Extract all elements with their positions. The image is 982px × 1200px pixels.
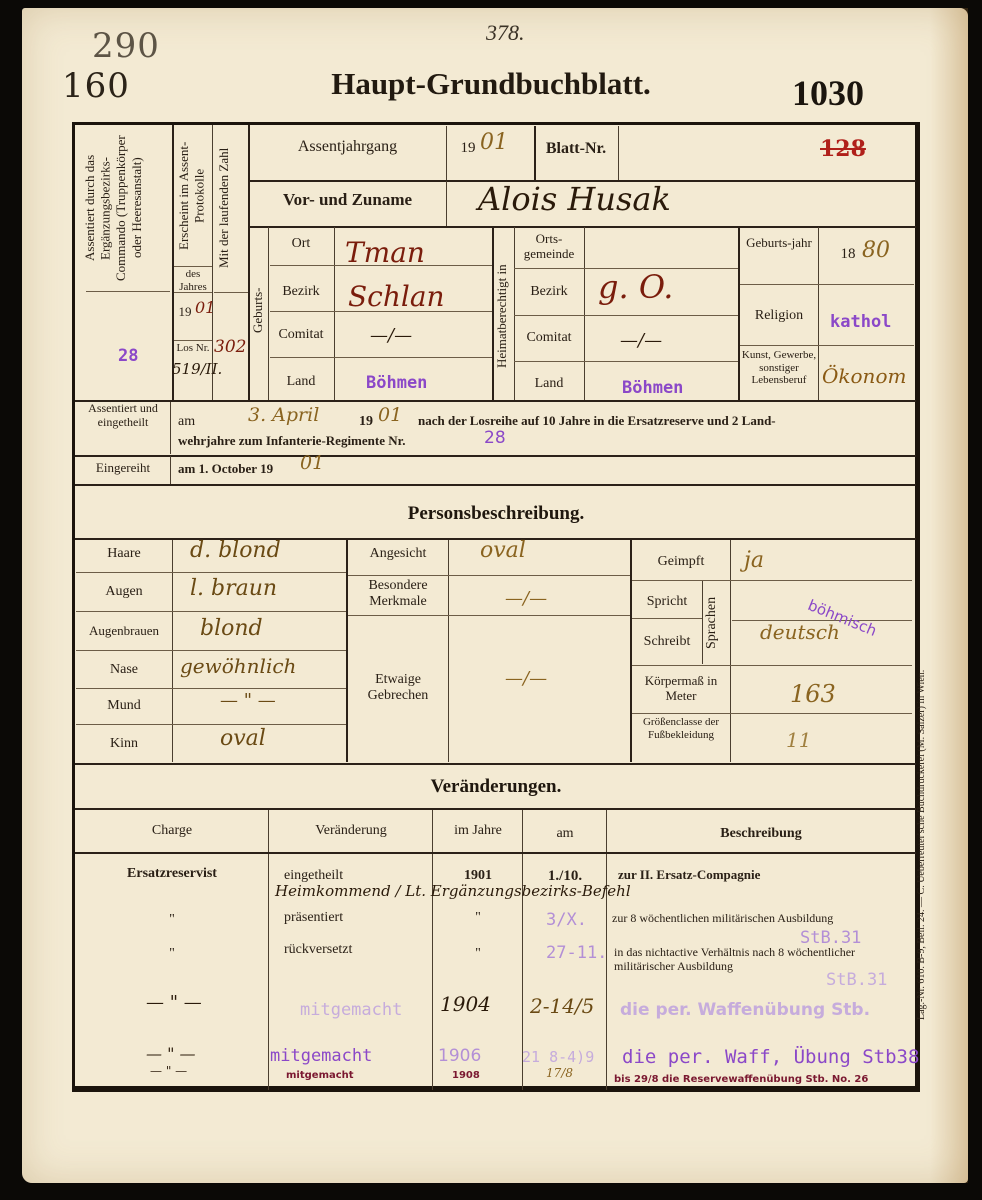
divider bbox=[214, 292, 248, 293]
divider bbox=[172, 125, 174, 400]
sprachen-label: Sprachen bbox=[704, 584, 728, 662]
spricht-label: Spricht bbox=[632, 594, 702, 610]
divider bbox=[584, 227, 585, 400]
kinn-label: Kinn bbox=[76, 736, 172, 752]
geimpft-value: ja bbox=[744, 548, 764, 573]
divider bbox=[75, 852, 916, 854]
divider bbox=[740, 284, 914, 285]
religion-label: Religion bbox=[740, 308, 818, 324]
ort-label: Ort bbox=[268, 236, 334, 252]
row5-veraenderung: mitgemacht bbox=[270, 1046, 372, 1066]
printer-imprint: Lag.-Nr. 610. B-9, Beil. 24. — C. Ueberr… bbox=[916, 600, 936, 1020]
merkmale-value: —/— bbox=[505, 588, 547, 609]
divider bbox=[172, 540, 173, 762]
divider bbox=[514, 315, 738, 316]
row3-jahr: " bbox=[434, 946, 522, 962]
divider bbox=[170, 456, 171, 484]
des-jahres-prefix: 19 bbox=[174, 305, 196, 320]
heimat-comitat-value: —/— bbox=[620, 330, 662, 351]
row2-veraenderung: präsentiert bbox=[284, 910, 424, 926]
heimat-gemeinde-value: g. O. bbox=[598, 268, 673, 306]
assentiert-text-line1: nach der Losreihe auf 10 Jahre in die Er… bbox=[418, 414, 913, 429]
divider bbox=[618, 126, 619, 180]
comitat-label: Comitat bbox=[268, 327, 334, 343]
assentiert-value: 28 bbox=[118, 346, 138, 366]
divider bbox=[75, 400, 916, 402]
divider bbox=[174, 340, 212, 341]
divider bbox=[174, 292, 212, 293]
row4-jahr: 1904 bbox=[440, 992, 491, 1016]
geburts-land-value: Böhmen bbox=[366, 373, 427, 393]
col-header-veraenderung: Veränderung bbox=[270, 823, 432, 839]
laufende-zahl-value: 302 bbox=[214, 337, 246, 357]
divider bbox=[334, 227, 335, 400]
merkmale-label: Besondere Merkmale bbox=[348, 578, 448, 610]
divider bbox=[76, 611, 346, 612]
assentjahrgang-value: 01 bbox=[480, 130, 508, 155]
sheet-number: 1030 bbox=[792, 72, 864, 114]
row1-beschreibung: zur II. Ersatz-Compagnie bbox=[618, 868, 908, 883]
angesicht-label: Angesicht bbox=[348, 546, 448, 562]
divider bbox=[86, 291, 170, 292]
row3-stamp: StB.31 bbox=[826, 970, 887, 990]
divider bbox=[270, 357, 492, 358]
beruf-label: Kunst, Gewerbe, sonstiger Lebensberuf bbox=[740, 349, 818, 387]
blatt-nr-label: Blatt-Nr. bbox=[536, 140, 616, 158]
geburts-comitat-value: —/— bbox=[370, 325, 412, 346]
ortsgemeinde-label: Orts-gemeinde bbox=[514, 232, 584, 262]
assentiert-text-line2: wehrjahre zum Infanterie-Regimente Nr. bbox=[178, 434, 478, 449]
divider bbox=[514, 361, 738, 362]
divider bbox=[76, 650, 346, 651]
divider bbox=[170, 402, 171, 454]
haare-label: Haare bbox=[76, 546, 172, 562]
augenbrauen-value: blond bbox=[200, 616, 263, 641]
divider bbox=[632, 713, 912, 714]
row6-beschreibung: bis 29/8 die Reservewaffenübung Stb. No.… bbox=[614, 1074, 868, 1085]
schreibt-label: Schreibt bbox=[632, 634, 702, 650]
religion-value: kathol bbox=[830, 312, 891, 332]
gebrechen-value: —/— bbox=[505, 668, 547, 689]
divider bbox=[250, 226, 916, 228]
row5-charge: — " — bbox=[146, 1044, 196, 1063]
divider bbox=[75, 484, 916, 486]
nase-value: gewöhnlich bbox=[180, 654, 296, 678]
divider bbox=[76, 724, 346, 725]
col-header-am: am bbox=[524, 826, 606, 842]
row1-charge: Ersatzreservist bbox=[76, 866, 268, 882]
nase-label: Nase bbox=[76, 662, 172, 678]
heimat-land-value: Böhmen bbox=[622, 378, 683, 398]
handwritten-reference: 378. bbox=[486, 20, 525, 46]
divider bbox=[348, 615, 630, 616]
gebrechen-label: Etwaige Gebrechen bbox=[348, 672, 448, 704]
row3-am: 27-11. bbox=[546, 943, 607, 963]
row6-jahr: 1908 bbox=[452, 1070, 480, 1081]
assentiert-year-prefix: 19 bbox=[354, 414, 378, 430]
divider bbox=[818, 227, 819, 400]
row5-beschreibung: die per. Waff, Übung Stb38 bbox=[622, 1046, 919, 1068]
divider bbox=[75, 808, 916, 810]
row6-charge: — " — bbox=[150, 1064, 187, 1078]
divider bbox=[348, 575, 630, 576]
divider bbox=[730, 540, 731, 762]
row5-am: 21 8-4)9 bbox=[522, 1048, 594, 1066]
geburtsjahr-label: Geburts-jahr bbox=[740, 236, 818, 251]
row4-beschreibung: die per. Waffenübung Stb. bbox=[620, 1000, 870, 1020]
stamp-number-top: 290 bbox=[92, 26, 160, 66]
row2-beschreibung: zur 8 wöchentlichen militärischen Ausbil… bbox=[612, 912, 912, 926]
divider bbox=[446, 126, 447, 180]
groessenclasse-label: Größenclasse der Fußbekleidung bbox=[632, 716, 730, 741]
row4-am: 2-14/5 bbox=[530, 994, 594, 1018]
eingereiht-label: Eingereiht bbox=[78, 461, 168, 476]
heimat-group-label: Heimatberechtigt in bbox=[494, 236, 512, 396]
geimpft-label: Geimpft bbox=[632, 554, 730, 570]
name-value: Alois Husak bbox=[478, 180, 671, 218]
divider bbox=[270, 311, 492, 312]
row3-charge: " bbox=[76, 946, 268, 962]
geburts-bezirk-value: Schlan bbox=[348, 280, 445, 313]
col-header-charge: Charge bbox=[76, 823, 268, 839]
row2-am: 3/X. bbox=[546, 910, 587, 930]
divider bbox=[740, 345, 914, 346]
divider bbox=[76, 572, 346, 573]
divider bbox=[632, 618, 702, 619]
geburtsjahr-value: 80 bbox=[862, 238, 890, 263]
erscheint-label: Erscheint im Assent-Protokolle bbox=[176, 128, 210, 263]
row3-veraenderung: rückversetzt bbox=[284, 942, 424, 958]
assentiert-column-label: Assentiert durch das Ergänzungsbezirks-C… bbox=[82, 128, 162, 288]
mund-value: — " — bbox=[220, 690, 276, 711]
des-jahres-label: des Jahres bbox=[174, 268, 212, 293]
am-label: am bbox=[178, 414, 202, 430]
mund-label: Mund bbox=[76, 698, 172, 714]
bezirk-label: Bezirk bbox=[268, 284, 334, 300]
heimat-comitat-label: Comitat bbox=[514, 330, 584, 346]
eingereiht-year-value: 01 bbox=[300, 452, 324, 474]
name-label: Vor- und Zuname bbox=[250, 190, 445, 210]
veraenderungen-title: Veränderungen. bbox=[72, 776, 920, 798]
divider bbox=[446, 181, 447, 226]
los-nr-value: 519/II. bbox=[172, 360, 222, 378]
row6-am: 17/8 bbox=[546, 1066, 573, 1080]
row4-veraenderung: mitgemacht bbox=[300, 1000, 402, 1020]
heimat-bezirk-label: Bezirk bbox=[514, 284, 584, 300]
divider bbox=[76, 688, 346, 689]
land-label: Land bbox=[268, 374, 334, 390]
augen-value: l. braun bbox=[190, 576, 277, 601]
col-header-beschreibung: Beschreibung bbox=[608, 826, 914, 842]
divider bbox=[702, 581, 703, 664]
augenbrauen-label: Augenbrauen bbox=[76, 624, 172, 639]
divider bbox=[632, 580, 912, 581]
divider bbox=[632, 665, 912, 666]
col-header-jahr: im Jahre bbox=[434, 823, 522, 839]
assentiert-date-value: 3. April bbox=[248, 404, 319, 426]
augen-label: Augen bbox=[76, 584, 172, 600]
divider bbox=[212, 125, 213, 400]
geburtsjahr-prefix: 18 bbox=[836, 246, 860, 263]
los-nr-label: Los Nr. bbox=[174, 342, 212, 355]
row4-charge: — " — bbox=[146, 992, 202, 1013]
divider bbox=[346, 540, 348, 762]
assentiert-row-label: Assentiert und eingetheilt bbox=[78, 402, 168, 430]
row6-veraenderung: mitgemacht bbox=[286, 1070, 354, 1081]
assentjahrgang-prefix: 19 bbox=[456, 140, 480, 157]
regiment-value: 28 bbox=[484, 428, 506, 448]
koerpermass-value: 163 bbox=[790, 680, 836, 708]
row2-charge: " bbox=[76, 912, 268, 928]
divider bbox=[174, 266, 212, 267]
sprachen-hand-value: deutsch bbox=[760, 620, 840, 644]
beruf-value: Ökonom bbox=[822, 364, 906, 388]
geburts-group-label: Geburts- bbox=[250, 240, 268, 380]
kinn-value: oval bbox=[220, 726, 266, 751]
assentiert-year-value: 01 bbox=[378, 404, 402, 426]
des-jahres-value: 01 bbox=[195, 298, 215, 317]
haare-value: d. blond bbox=[190, 538, 281, 563]
assentjahrgang-label: Assentjahrgang bbox=[250, 138, 445, 156]
blatt-nr-value-struck: 128 bbox=[820, 136, 866, 162]
groessenclasse-value: 11 bbox=[786, 728, 811, 752]
koerpermass-label: Körpermaß in Meter bbox=[632, 674, 730, 704]
handwritten-note: Heimkommend / Lt. Ergänzungsbezirks-Befe… bbox=[275, 882, 631, 900]
personsbeschreibung-title: Personsbeschreibung. bbox=[72, 503, 920, 525]
divider bbox=[270, 265, 492, 266]
row5-jahr: 1906 bbox=[438, 1046, 481, 1066]
divider bbox=[75, 763, 916, 765]
laufende-zahl-label: Mit der laufenden Zahl bbox=[216, 128, 246, 288]
angesicht-value: oval bbox=[480, 538, 526, 563]
divider bbox=[448, 540, 449, 762]
row2-jahr: " bbox=[434, 910, 522, 926]
heimat-land-label: Land bbox=[514, 376, 584, 392]
divider bbox=[75, 455, 916, 457]
